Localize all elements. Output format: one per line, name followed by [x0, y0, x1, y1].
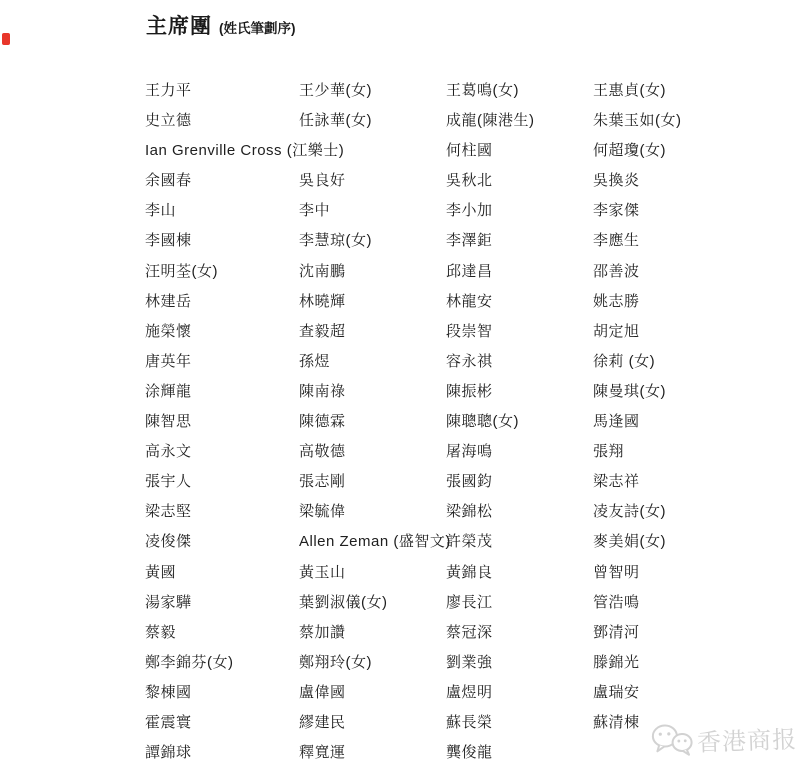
member-name: 黎棟國 [145, 681, 192, 702]
member-name: 馬逢國 [593, 410, 640, 431]
member-name: 李家傑 [593, 199, 640, 220]
member-name: 鄧清河 [593, 621, 640, 642]
member-name: 鄭李錦芬(女) [145, 651, 234, 672]
member-name: 蘇清棟 [593, 711, 640, 732]
member-name: 沈南鵬 [299, 260, 346, 281]
member-name: 高敬德 [299, 440, 346, 461]
member-name: 李應生 [593, 229, 640, 250]
member-name: 林曉輝 [299, 290, 346, 311]
member-name: Ian Grenville Cross (江樂士) [145, 139, 344, 160]
member-row: 鄭李錦芬(女)鄭翔玲(女)劉業強滕錦光 [145, 651, 800, 681]
member-name: 王少華(女) [299, 79, 372, 100]
member-name: 龔俊龍 [446, 741, 493, 762]
member-name: 史立德 [145, 109, 192, 130]
member-row: 李國棟李慧琼(女)李澤鉅李應生 [145, 229, 800, 259]
member-name: 段崇智 [446, 320, 493, 341]
member-name: 黃國 [145, 561, 176, 582]
member-name: 梁毓偉 [299, 500, 346, 521]
member-name: 吳換炎 [593, 169, 640, 190]
member-name: 梁志祥 [593, 470, 640, 491]
member-name: 姚志勝 [593, 290, 640, 311]
member-name: 徐莉 (女) [593, 350, 655, 371]
member-row: 黎棟國盧偉國盧煜明盧瑞安 [145, 681, 800, 711]
member-name: Allen Zeman (盛智文) [299, 530, 451, 551]
member-name: 張國鈞 [446, 470, 493, 491]
member-name: 釋寬運 [299, 741, 346, 762]
member-name: 吳良好 [299, 169, 346, 190]
presidium-name-grid: 王力平王少華(女)王葛鳴(女)王惠貞(女)史立德任詠華(女)成龍(陳港生)朱葉玉… [145, 79, 800, 771]
member-name: 蔡冠深 [446, 621, 493, 642]
member-name: 劉業強 [446, 651, 493, 672]
page-title: 主席團(姓氏筆劃序) [146, 4, 296, 41]
member-name: 譚錦球 [145, 741, 192, 762]
member-row: 黃國黃玉山黃錦良曾智明 [145, 561, 800, 591]
member-name: 鄭翔玲(女) [299, 651, 372, 672]
member-name: 葉劉淑儀(女) [299, 591, 388, 612]
member-row: 張宇人張志剛張國鈞梁志祥 [145, 470, 800, 500]
member-row: 涂輝龍陳南祿陳振彬陳曼琪(女) [145, 380, 800, 410]
member-name: 汪明荃(女) [145, 260, 218, 281]
member-name: 屠海鳴 [446, 440, 493, 461]
member-name: 李中 [299, 199, 330, 220]
member-name: 林建岳 [145, 290, 192, 311]
red-marker [2, 33, 10, 45]
member-name: 何超瓊(女) [593, 139, 666, 160]
member-name: 李慧琼(女) [299, 229, 372, 250]
member-name: 吳秋北 [446, 169, 493, 190]
document-page: 主席團(姓氏筆劃序) 王力平王少華(女)王葛鳴(女)王惠貞(女)史立德任詠華(女… [0, 0, 800, 776]
member-name: 管浩鳴 [593, 591, 640, 612]
member-row: 凌俊傑Allen Zeman (盛智文)許榮茂麥美娟(女) [145, 530, 800, 560]
member-name: 李澤鉅 [446, 229, 493, 250]
member-name: 查毅超 [299, 320, 346, 341]
member-name: 黃玉山 [299, 561, 346, 582]
member-name: 王力平 [145, 79, 192, 100]
member-name: 凌俊傑 [145, 530, 192, 551]
member-name: 盧煜明 [446, 681, 493, 702]
member-name: 成龍(陳港生) [446, 109, 535, 130]
member-name: 陳南祿 [299, 380, 346, 401]
member-name: 王葛鳴(女) [446, 79, 519, 100]
member-name: 邱達昌 [446, 260, 493, 281]
member-name: 李小加 [446, 199, 493, 220]
member-row: 陳智思陳德霖陳聰聰(女)馬逢國 [145, 410, 800, 440]
member-row: 林建岳林曉輝林龍安姚志勝 [145, 290, 800, 320]
member-name: 張翔 [593, 440, 624, 461]
member-name: 梁志堅 [145, 500, 192, 521]
member-name: 張宇人 [145, 470, 192, 491]
title-note: (姓氏筆劃序) [219, 21, 296, 36]
member-row: 梁志堅梁毓偉梁錦松凌友詩(女) [145, 500, 800, 530]
member-name: 陳振彬 [446, 380, 493, 401]
member-name: 湯家驊 [145, 591, 192, 612]
member-name: 邵善波 [593, 260, 640, 281]
member-name: 唐英年 [145, 350, 192, 371]
member-name: 滕錦光 [593, 651, 640, 672]
title-text: 主席團 [146, 15, 212, 38]
member-name: 盧瑞安 [593, 681, 640, 702]
watermark: 香港商报 [649, 717, 797, 760]
member-name: 曾智明 [593, 561, 640, 582]
member-name: 盧偉國 [299, 681, 346, 702]
member-name: 容永祺 [446, 350, 493, 371]
member-name: 任詠華(女) [299, 109, 372, 130]
member-name: 高永文 [145, 440, 192, 461]
member-name: 李山 [145, 199, 176, 220]
member-name: 霍震寰 [145, 711, 192, 732]
member-name: 蔡毅 [145, 621, 176, 642]
member-row: 汪明荃(女)沈南鵬邱達昌邵善波 [145, 260, 800, 290]
member-name: 黃錦良 [446, 561, 493, 582]
member-name: 余國春 [145, 169, 192, 190]
member-name: 麥美娟(女) [593, 530, 666, 551]
member-row: 唐英年孫煜容永祺徐莉 (女) [145, 350, 800, 380]
member-name: 蔡加讚 [299, 621, 346, 642]
member-row: 蔡毅蔡加讚蔡冠深鄧清河 [145, 621, 800, 651]
member-name: 陳德霖 [299, 410, 346, 431]
member-row: 施榮懷查毅超段崇智胡定旭 [145, 320, 800, 350]
member-name: 李國棟 [145, 229, 192, 250]
member-name: 涂輝龍 [145, 380, 192, 401]
wechat-logo-icon [649, 721, 694, 761]
member-name: 蘇長榮 [446, 711, 493, 732]
member-name: 何柱國 [446, 139, 493, 160]
member-name: 陳聰聰(女) [446, 410, 519, 431]
member-row: 湯家驊葉劉淑儀(女)廖長江管浩鳴 [145, 591, 800, 621]
member-name: 孫煜 [299, 350, 330, 371]
member-row: 李山李中李小加李家傑 [145, 199, 800, 229]
member-name: 朱葉玉如(女) [593, 109, 682, 130]
member-name: 繆建民 [299, 711, 346, 732]
member-name: 王惠貞(女) [593, 79, 666, 100]
member-name: 凌友詩(女) [593, 500, 666, 521]
member-name: 陳曼琪(女) [593, 380, 666, 401]
member-row: 王力平王少華(女)王葛鳴(女)王惠貞(女) [145, 79, 800, 109]
member-row: 史立德任詠華(女)成龍(陳港生)朱葉玉如(女) [145, 109, 800, 139]
member-name: 許榮茂 [446, 530, 493, 551]
member-row: 余國春吳良好吳秋北吳換炎 [145, 169, 800, 199]
member-name: 胡定旭 [593, 320, 640, 341]
member-name: 施榮懷 [145, 320, 192, 341]
member-row: 高永文高敬德屠海鳴張翔 [145, 440, 800, 470]
member-row: Ian Grenville Cross (江樂士)何柱國何超瓊(女) [145, 139, 800, 169]
member-name: 梁錦松 [446, 500, 493, 521]
member-name: 張志剛 [299, 470, 346, 491]
member-name: 廖長江 [446, 591, 493, 612]
watermark-text: 香港商报 [696, 719, 797, 757]
member-name: 陳智思 [145, 410, 192, 431]
member-name: 林龍安 [446, 290, 493, 311]
